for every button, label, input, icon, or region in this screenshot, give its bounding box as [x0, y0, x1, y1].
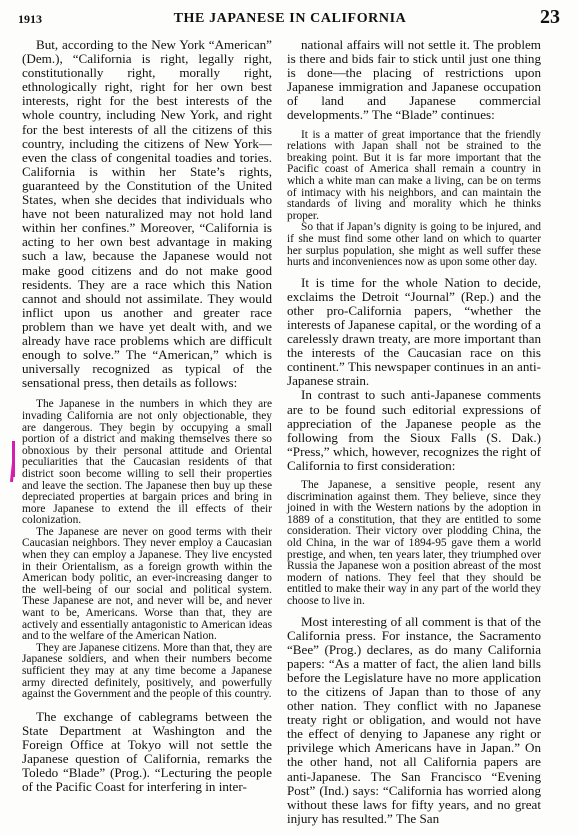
- block-quote: So that if Japan’s dignity is going to b…: [287, 222, 541, 268]
- block-quote: The Japanese in the numbers in which the…: [22, 399, 272, 527]
- block-quote: They are Japanese citizens. More than th…: [22, 643, 272, 701]
- page-number: 23: [540, 6, 560, 29]
- paragraph: In contrast to such anti-Japanese commen…: [287, 388, 541, 473]
- right-column: national affairs will not settle it. The…: [287, 38, 541, 826]
- header-title: THE JAPANESE IN CALIFORNIA: [18, 11, 562, 27]
- left-column: But, according to the New York “American…: [22, 38, 272, 794]
- block-quote: The Japanese, a sensitive people, resent…: [287, 480, 541, 608]
- block-quote: It is a matter of great importance that …: [287, 130, 541, 223]
- paragraph: national affairs will not settle it. The…: [287, 38, 541, 123]
- document-page: 1913 THE JAPANESE IN CALIFORNIA 23 But, …: [0, 0, 578, 836]
- paragraph: It is time for the whole Nation to decid…: [287, 276, 541, 389]
- running-header: 1913 THE JAPANESE IN CALIFORNIA 23: [18, 6, 562, 30]
- paragraph: But, according to the New York “American…: [22, 38, 272, 390]
- paragraph: Most interesting of all comment is that …: [287, 615, 541, 826]
- paragraph: The exchange of cablegrams between the S…: [22, 710, 272, 795]
- block-quote: The Japanese are never on good terms wit…: [22, 527, 272, 643]
